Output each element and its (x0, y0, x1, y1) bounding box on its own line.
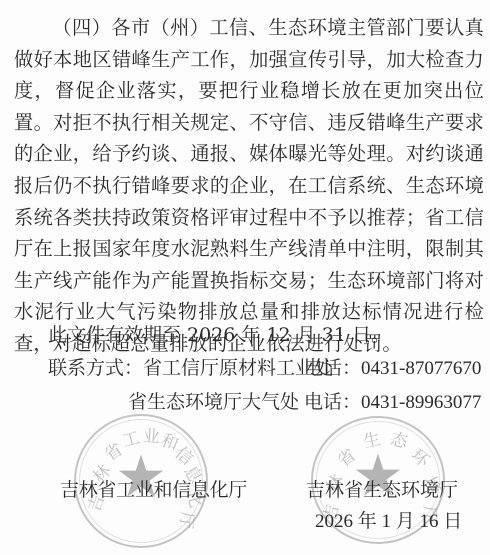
contact-phone-row-2: 电话：0431-89963077 (304, 390, 481, 415)
phone-label-2: 电话： (304, 391, 361, 413)
signature-ecology-dept: 吉林省生态环境厅 (306, 478, 458, 502)
seal-char: 厅 (175, 511, 202, 531)
phone-label-1: 电话： (304, 357, 361, 379)
validity-statement: 此文件有效期至 2026 年 12 月 31 日。 (48, 323, 390, 347)
contact-phone-row-1: 电话：0431-87077670 (304, 356, 481, 381)
signature-date: 2026 年 1 月 16 日 (315, 510, 462, 534)
section-four-paragraph: （四）各市（州）工信、生态环境主管部门要认真做好本地区错峰生产工作，加强宣传引导… (14, 12, 484, 360)
contact-row-2: 省生态环境厅大气处 (128, 390, 299, 414)
signature-industry-dept: 吉林省工业和信息化厅 (60, 478, 247, 502)
contact-row-1: 联系方式：省工信厅原材料工业处 (48, 356, 333, 380)
contact-dept-2: 省生态环境厅大气处 (128, 391, 299, 413)
phone-number-1: 0431-87077670 (361, 358, 481, 379)
phone-number-2: 0431-89963077 (361, 392, 481, 413)
contact-label: 联系方式： (48, 357, 143, 379)
seal-char: 业 (142, 421, 161, 447)
document-body: （四）各市（州）工信、生态环境主管部门要认真做好本地区错峰生产工作，加强宣传引导… (14, 12, 484, 360)
document-page: （四）各市（州）工信、生态环境主管部门要认真做好本地区错峰生产工作，加强宣传引导… (0, 0, 490, 555)
